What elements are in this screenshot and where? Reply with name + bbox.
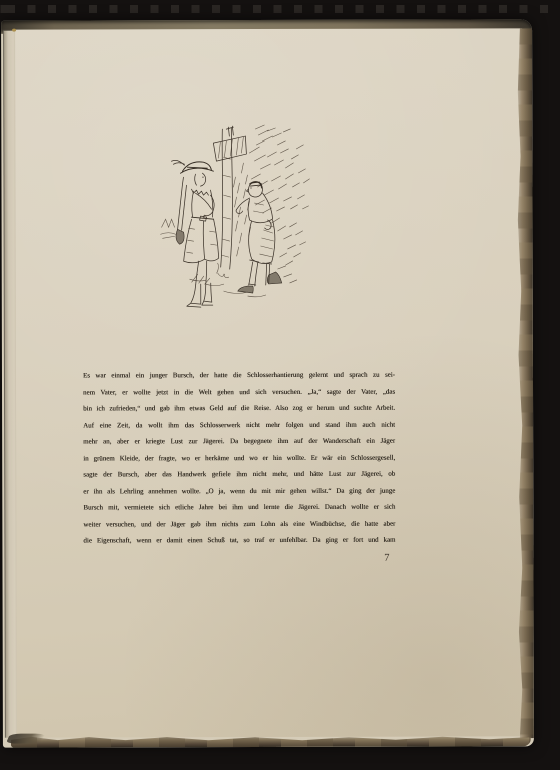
book-page: Es war einmal ein junger Bursch, der hat… <box>1 19 534 747</box>
text-line: Bursch mit, vermietete sich etliche Jahr… <box>83 500 395 517</box>
text-line: nem Vater, er wollte jetzt in die Welt g… <box>83 384 395 401</box>
signpost-and-trunk <box>213 126 246 269</box>
text-line: bin ich zufrieden,“ und gab ihm etwas Ge… <box>83 401 395 418</box>
trunk-shading <box>233 177 241 256</box>
text-line: mehr an, aber er kriegte Lust zur Jägere… <box>83 434 395 451</box>
illustration-svg <box>159 123 319 308</box>
text-line: weiter versuchen, und der Jäger gab ihm … <box>83 517 395 534</box>
text-line: Auf eine Zeit, da wollt ihm das Schlosse… <box>83 417 395 434</box>
film-edge-marks <box>0 5 560 13</box>
story-text: Es war einmal ein junger Bursch, der hat… <box>83 368 395 551</box>
artist-monogram <box>161 219 176 238</box>
page-number: 7 <box>83 553 391 565</box>
paper-speck <box>12 29 16 32</box>
text-line: Es war einmal ein junger Bursch, der hat… <box>83 368 395 385</box>
text-line: sagte der Bursch, aber das Handwerk gefi… <box>83 467 395 484</box>
journeyman-figure <box>236 181 282 293</box>
scanned-book-photo: { "scan": { "background_color": "#141110… <box>0 0 560 770</box>
text-line: in grünem Kleide, der fragte, wo er herk… <box>83 450 395 467</box>
story-illustration <box>159 123 319 308</box>
text-line: die Eigenschaft, wenn er damit einen Sch… <box>83 533 395 550</box>
bottom-left-corner-shadow <box>6 734 46 744</box>
text-line: er ihn als Lehrling annehmen wollte. „O … <box>83 483 395 500</box>
